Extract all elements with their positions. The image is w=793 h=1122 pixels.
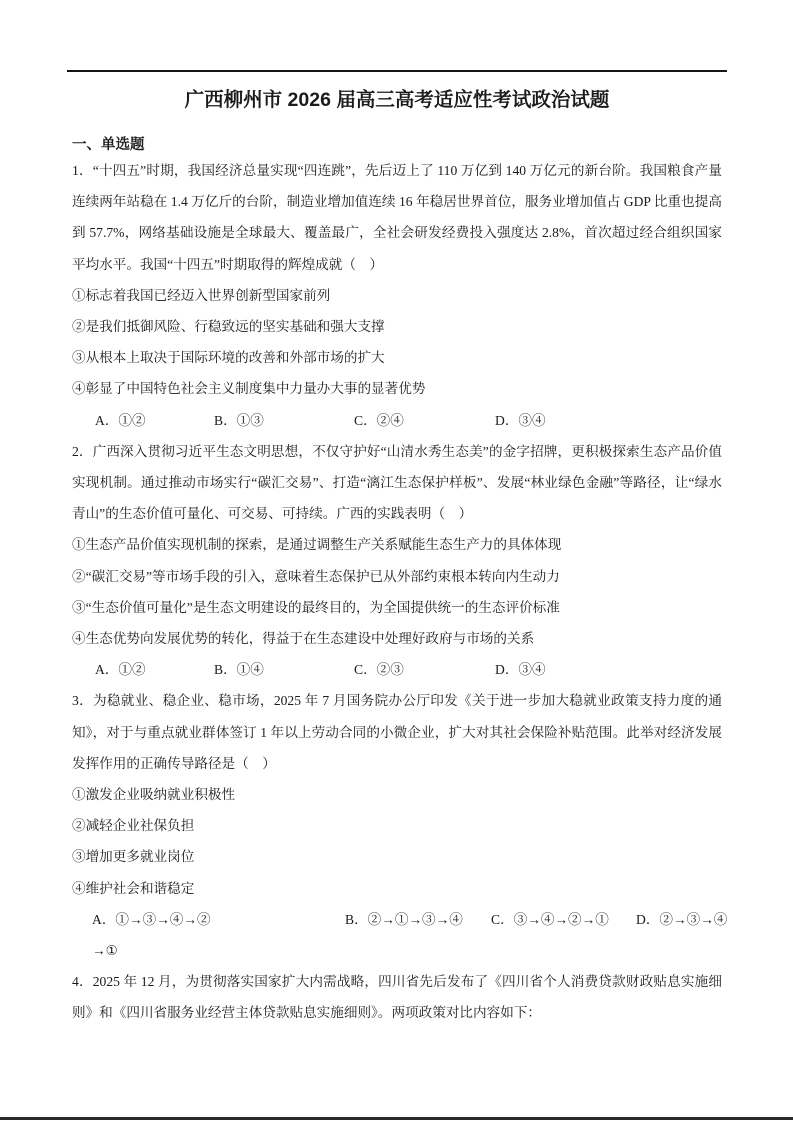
section-heading: 一、单选题: [72, 135, 722, 155]
question-4: 4．2025 年 12 月，为贯彻落实国家扩大内需战略，四川省先后发布了《四川省…: [72, 966, 722, 1028]
question-4-stem: 4．2025 年 12 月，为贯彻落实国家扩大内需战略，四川省先后发布了《四川省…: [72, 966, 722, 1028]
page-bottom-rule: [0, 1117, 793, 1120]
question-3-option-2: ②减轻企业社保负担: [72, 810, 722, 841]
question-3-option-4: ④维护社会和谐稳定: [72, 873, 722, 904]
question-2-choice-a: A．①②: [95, 654, 146, 685]
question-3-option-3: ③增加更多就业岗位: [72, 841, 722, 872]
question-1-option-3: ③从根本上取决于国际环境的改善和外部市场的扩大: [72, 342, 722, 373]
question-3-choice-d-overflow: →①: [72, 935, 722, 966]
question-3: 3．为稳就业、稳企业、稳市场，2025 年 7 月国务院办公厅印发《关于进一步加…: [72, 685, 722, 966]
question-3-stem: 3．为稳就业、稳企业、稳市场，2025 年 7 月国务院办公厅印发《关于进一步加…: [72, 685, 722, 779]
question-2-option-4: ④生态优势向发展优势的转化，得益于在生态建设中处理好政府与市场的关系: [72, 623, 722, 654]
question-2-stem: 2．广西深入贯彻习近平生态文明思想，不仅守护好“山清水秀生态美”的金字招牌，更积…: [72, 436, 722, 530]
question-3-option-1: ①激发企业吸纳就业积极性: [72, 779, 722, 810]
question-1-choice-d: D．③④: [495, 405, 546, 436]
header-rule: [67, 70, 727, 72]
question-1-option-4: ④彰显了中国特色社会主义制度集中力量办大事的显著优势: [72, 373, 722, 404]
document-content: 广西柳州市 2026 届高三高考适应性考试政治试题 一、单选题 1．“十四五”时…: [72, 84, 722, 1029]
question-2-choice-c: C．②③: [354, 654, 404, 685]
question-1-choice-a: A．①②: [95, 405, 146, 436]
question-1-choice-c: C．②④: [354, 405, 404, 436]
exam-title: 广西柳州市 2026 届高三高考适应性考试政治试题: [72, 86, 722, 114]
question-2-answer-row: A．①② B．①④ C．②③ D．③④: [72, 654, 722, 685]
question-1-choice-b: B．①③: [214, 405, 264, 436]
question-3-answer-row: A．①→③→④→② B．②→①→③→④ C．③→④→②→① D．②→③→④: [72, 904, 722, 935]
question-3-choice-b: B．②→①→③→④: [345, 904, 463, 935]
question-2: 2．广西深入贯彻习近平生态文明思想，不仅守护好“山清水秀生态美”的金字招牌，更积…: [72, 436, 722, 686]
question-1-option-2: ②是我们抵御风险、行稳致远的坚实基础和强大支撑: [72, 311, 722, 342]
question-2-choice-d: D．③④: [495, 654, 546, 685]
question-1-stem: 1．“十四五”时期，我国经济总量实现“四连跳”，先后迈上了 110 万亿到 14…: [72, 155, 722, 280]
question-1-option-1: ①标志着我国已经迈入世界创新型国家前列: [72, 280, 722, 311]
question-3-choice-c: C．③→④→②→①: [491, 904, 609, 935]
question-2-option-2: ②“碳汇交易”等市场手段的引入，意味着生态保护已从外部约束根本转向内生动力: [72, 561, 722, 592]
exam-page: { "colors": { "page_bg": "#ffffff", "tex…: [0, 0, 793, 1122]
question-1-answer-row: A．①② B．①③ C．②④ D．③④: [72, 405, 722, 436]
question-3-choice-d: D．②→③→④: [636, 904, 727, 935]
question-1: 1．“十四五”时期，我国经济总量实现“四连跳”，先后迈上了 110 万亿到 14…: [72, 155, 722, 436]
question-3-choice-a: A．①→③→④→②: [92, 904, 211, 935]
question-2-choice-b: B．①④: [214, 654, 264, 685]
question-2-option-1: ①生态产品价值实现机制的探索，是通过调整生产关系赋能生态生产力的具体体现: [72, 529, 722, 560]
question-2-option-3: ③“生态价值可量化”是生态文明建设的最终目的，为全国提供统一的生态评价标准: [72, 592, 722, 623]
